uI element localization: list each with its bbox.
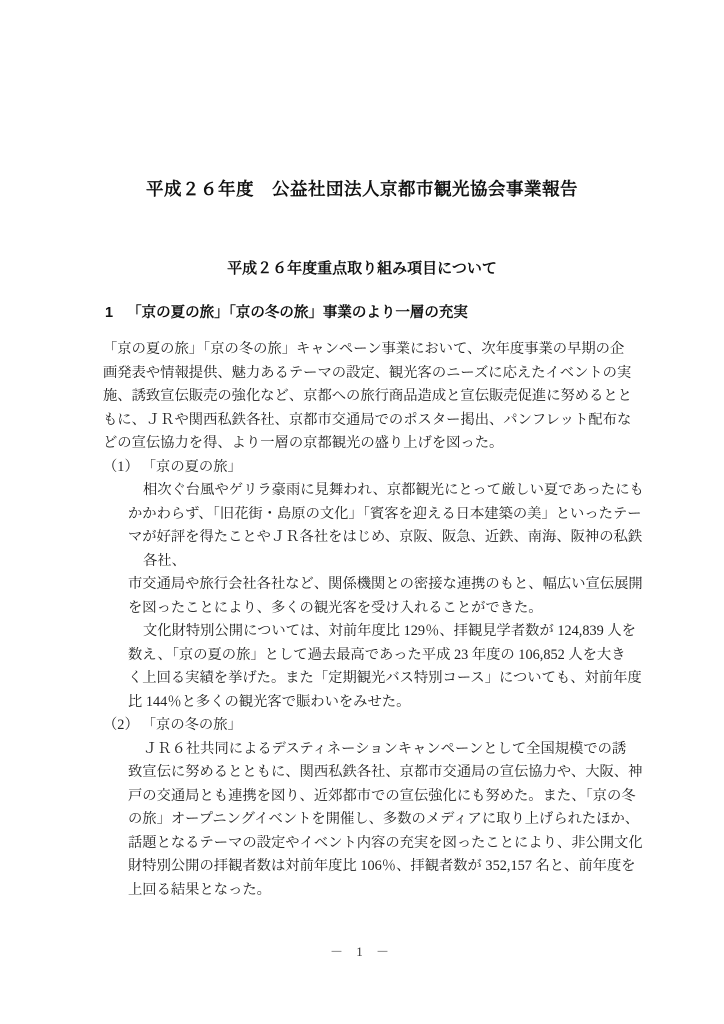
text-line: どの宣伝協力を得、より一層の京都観光の盛り上げを図った。 — [103, 432, 643, 456]
text-line: 文化財特別公開については、対前年度比 129％、拝観見学者数が 124,839 … — [128, 620, 643, 644]
text-line: マが好評を得たことやＪＲ各社をはじめ、京阪、阪急、近鉄、南海、阪神の私鉄 — [128, 526, 643, 550]
item-2-title: 「京の冬の旅」 — [142, 714, 242, 738]
text-line: 「京の夏の旅」「京の冬の旅」キャンペーン事業において、次年度事業の早期の企 — [103, 338, 643, 362]
text-line: 財特別公開の拝観者数は対前年度比 106％、拝観者数が 352,157 名と、前… — [128, 855, 643, 879]
section-number: 1 — [105, 305, 113, 321]
text-line: 数え、「京の夏の旅」として過去最高であった平成 23 年度の 106,852 人… — [128, 644, 643, 668]
document-subtitle: 平成２６年度重点取り組み項目について — [0, 257, 724, 278]
item-2-heading: （2） 「京の冬の旅」 — [103, 714, 643, 738]
text-line: 市交通局や旅行会社各社など、関係機関との密接な連携のもと、幅広い宣伝展開 — [128, 573, 643, 597]
item-1-body: 相次ぐ台風やゲリラ豪雨に見舞われ、京都観光にとって厳しい夏であったにも かかわら… — [103, 479, 643, 714]
text-line: もに、ＪＲや関西私鉄各社、京都市交通局でのポスター掲出、パンフレット配布な — [103, 409, 643, 433]
intro-paragraph: 「京の夏の旅」「京の冬の旅」キャンペーン事業において、次年度事業の早期の企 画発… — [103, 338, 643, 456]
section-title: 「京の夏の旅」「京の冬の旅」事業のより一層の充実 — [127, 301, 468, 322]
text-line: 比 144％と多くの観光客で賑わいをみせた。 — [128, 691, 643, 715]
text-line: 相次ぐ台風やゲリラ豪雨に見舞われ、京都観光にとって厳しい夏であったにも — [128, 479, 643, 503]
text-line: 上回る結果となった。 — [128, 879, 643, 903]
text-line: く上回る実績を挙げた。また「定期観光バス特別コース」についても、対前年度 — [128, 667, 643, 691]
text-line: かかわらず、「旧花街・島原の文化」「賓客を迎える日本建築の美」といったテー — [128, 503, 643, 527]
item-2-number: （2） — [103, 714, 139, 738]
text-line: 画発表や情報提供、魅力あるテーマの設定、観光客のニーズに応えたイベントの実 — [103, 362, 643, 386]
text-line: 戸の交通局とも連携を図り、近郊都市での宣伝強化にも努めた。また、「京の冬 — [128, 785, 643, 809]
item-1-heading: （1） 「京の夏の旅」 — [103, 456, 643, 480]
text-line: 致宣伝に努めるとともに、関西私鉄各社、京都市交通局の宣伝協力や、大阪、神 — [128, 761, 643, 785]
document-title: 平成２６年度 公益社団法人京都市観光協会事業報告 — [0, 176, 724, 201]
document-body: 「京の夏の旅」「京の冬の旅」キャンペーン事業において、次年度事業の早期の企 画発… — [103, 338, 643, 902]
text-line: 話題となるテーマの設定やイベント内容の充実を図ったことにより、非公開文化 — [128, 832, 643, 856]
section-heading: 1 「京の夏の旅」「京の冬の旅」事業のより一層の充実 — [105, 301, 468, 322]
document-page: 平成２６年度 公益社団法人京都市観光協会事業報告 平成２６年度重点取り組み項目に… — [0, 0, 724, 1024]
text-line: を図ったことにより、多くの観光客を受け入れることができた。 — [128, 597, 643, 621]
item-1-title: 「京の夏の旅」 — [142, 456, 242, 480]
text-line: ＪＲ６社共同によるデスティネーションキャンペーンとして全国規模での誘 — [128, 738, 643, 762]
item-2-body: ＪＲ６社共同によるデスティネーションキャンペーンとして全国規模での誘 致宣伝に努… — [103, 738, 643, 903]
item-1-number: （1） — [103, 456, 139, 480]
page-number: － 1 － — [0, 941, 724, 960]
text-line: 各社、 — [128, 550, 643, 574]
text-line: の旅」オープニングイベントを開催し、多数のメディアに取り上げられたほか、 — [128, 808, 643, 832]
text-line: 施、誘致宣伝販売の強化など、京都への旅行商品造成と宣伝販売促進に努めるとと — [103, 385, 643, 409]
